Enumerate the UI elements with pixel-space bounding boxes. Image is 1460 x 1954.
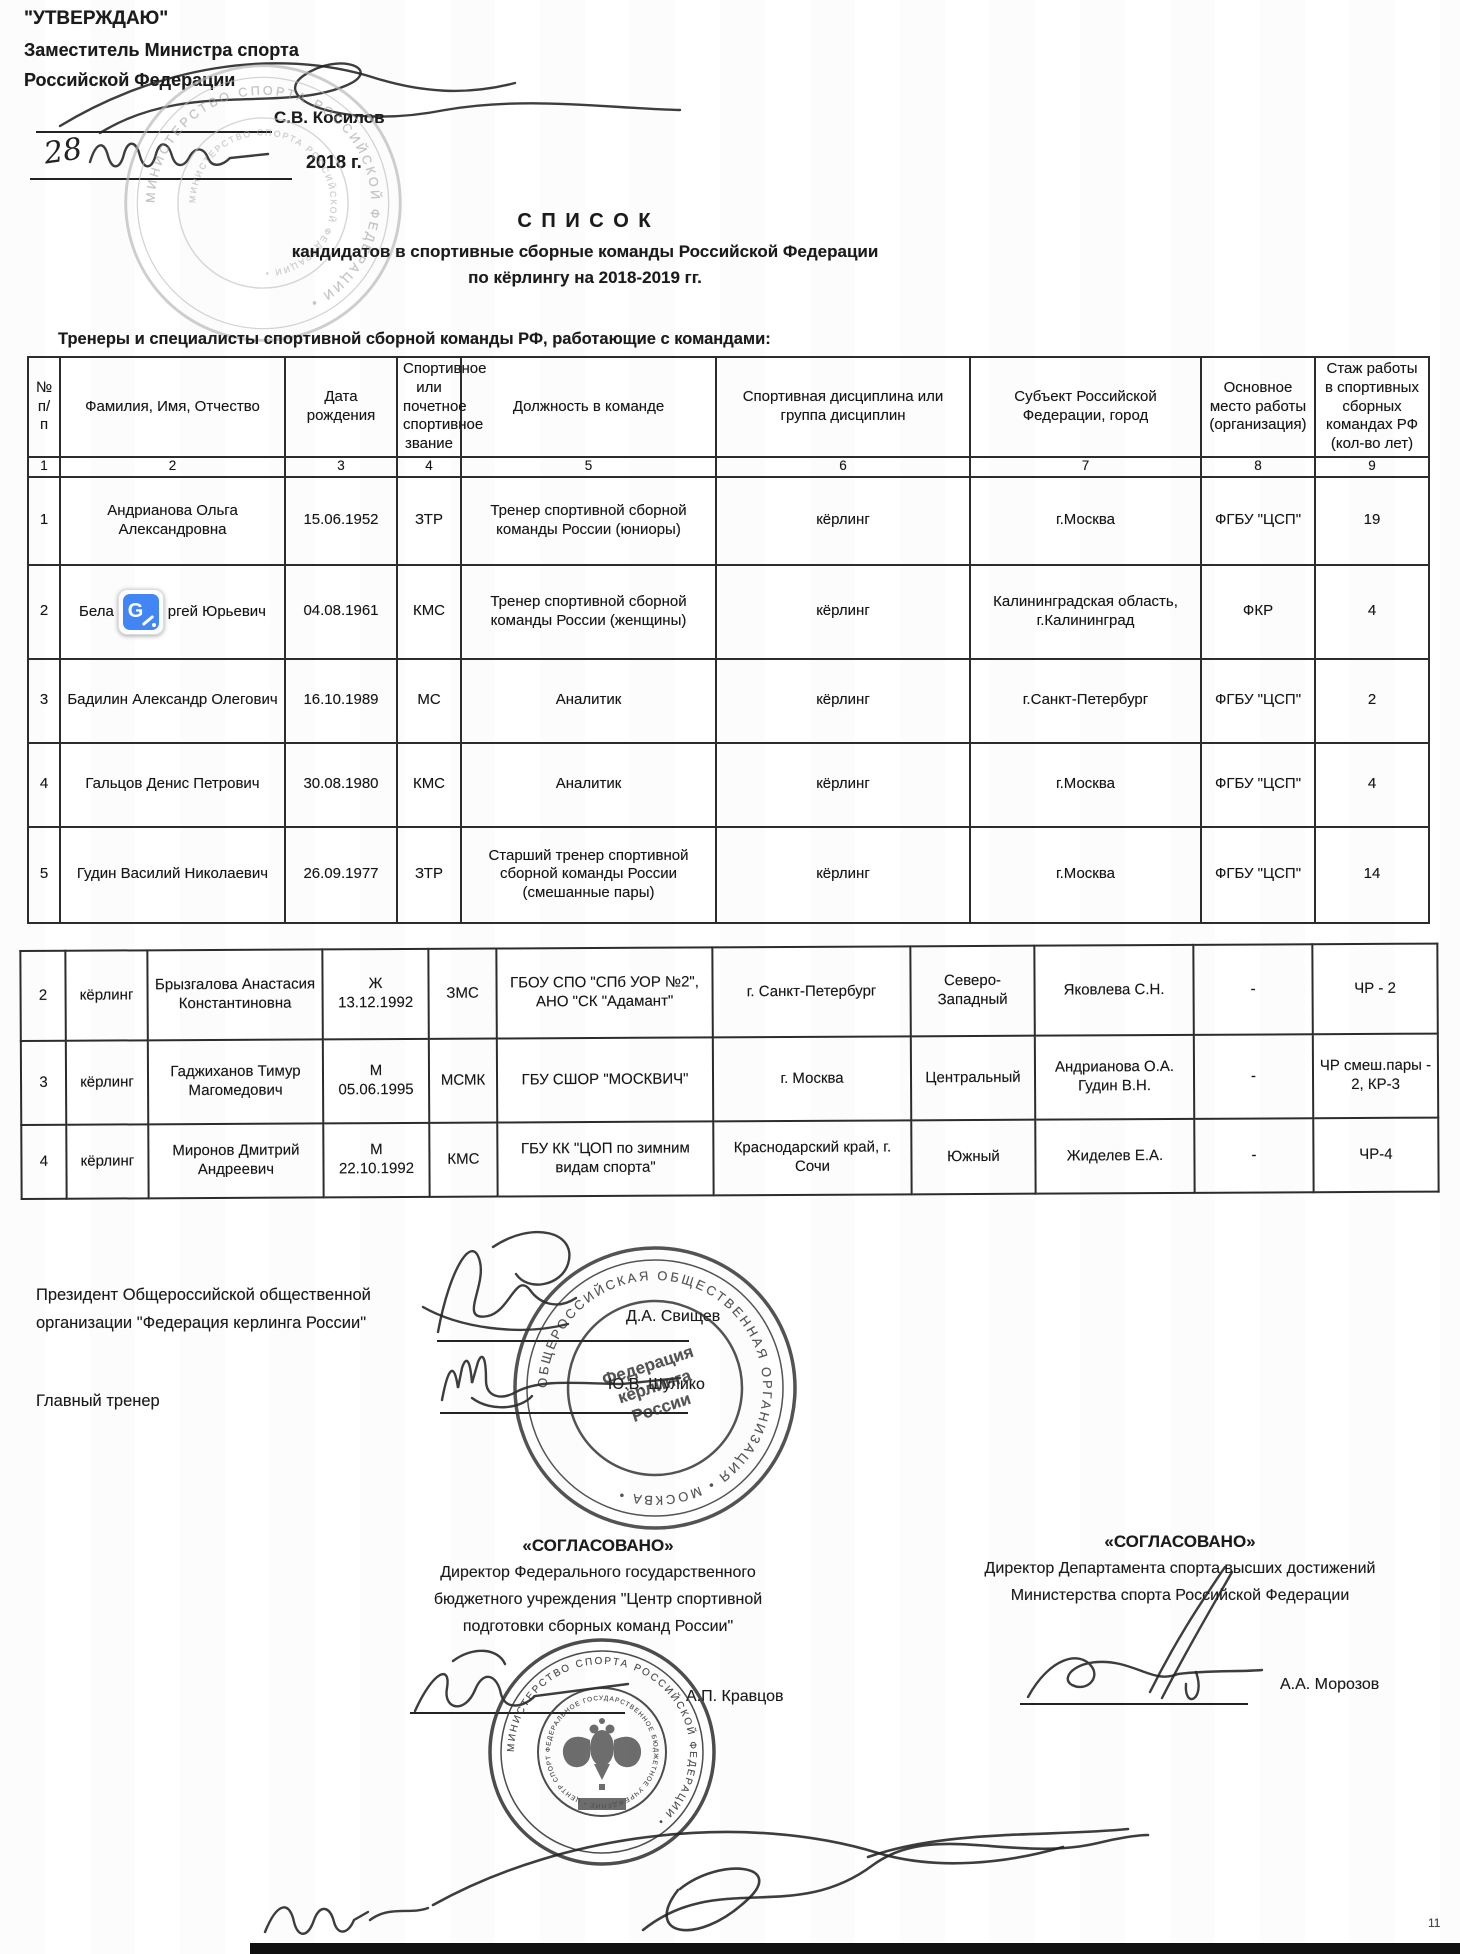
cell: Бадилин Александр Олегович <box>60 659 285 743</box>
agreed-left-line2: бюджетного учреждения "Центр спортивной <box>373 1586 823 1613</box>
cell: ЗТР <box>397 477 461 565</box>
cell: ФГБУ "ЦСП" <box>1201 827 1315 923</box>
athletes-table: 2 кёрлинг Брызгалова Анастасия Константи… <box>19 943 1439 1200</box>
birth-date: 05.06.1995 <box>329 1081 423 1100</box>
name-fragment: Бела <box>79 603 114 620</box>
cell: г. Москва <box>713 1036 911 1121</box>
cell: Андрианова Ольга Александровна <box>60 477 285 565</box>
cell: 4 <box>1315 565 1429 659</box>
cell: кёрлинг <box>65 950 147 1040</box>
cell: 16.10.1989 <box>285 659 397 743</box>
cell: кёрлинг <box>66 1040 148 1124</box>
cell: Андрианова О.А. Гудин В.Н. <box>1035 1035 1194 1120</box>
cell: КМС <box>429 1123 497 1197</box>
document-subtitle-1: кандидатов в спортивные сборные команды … <box>250 242 920 262</box>
cell: 15.06.1952 <box>285 477 397 565</box>
col-header: № п/п <box>28 357 60 457</box>
cell: Краснодарский край, г. Сочи <box>713 1120 911 1195</box>
cell: ФКР <box>1201 565 1315 659</box>
cell: 30.08.1980 <box>285 743 397 827</box>
coaches-table: № п/п Фамилия, Имя, Отчество Дата рожден… <box>27 356 1430 924</box>
cell: ФГБУ "ЦСП" <box>1201 477 1315 565</box>
cell: Гальцов Денис Петрович <box>60 743 285 827</box>
cell: Жиделев Е.А. <box>1035 1119 1194 1194</box>
signature-morozov <box>1000 1552 1300 1717</box>
cell: 5 <box>28 827 60 923</box>
col-header: Спортивное или почетное спортивное звани… <box>397 357 461 457</box>
scan-edge-bar <box>250 1943 1460 1954</box>
cell: ГБОУ СПО "СПб УОР №2", АНО "СК "Адамант" <box>496 947 712 1038</box>
col-header: Фамилия, Имя, Отчество <box>60 357 285 457</box>
cell: Южный <box>911 1120 1035 1195</box>
table-row: 5 Гудин Василий Николаевич 26.09.1977 ЗТ… <box>28 827 1429 923</box>
cell: КМС <box>397 565 461 659</box>
agreed-left-block: «СОГЛАСОВАНО» Директор Федерального госу… <box>373 1532 823 1640</box>
cell: г. Санкт-Петербург <box>712 946 910 1037</box>
cell: 2 <box>28 565 60 659</box>
agreed-right-heading: «СОГЛАСОВАНО» <box>935 1528 1425 1555</box>
cell: Яковлева С.Н. <box>1034 945 1193 1036</box>
document-subtitle-2: по кёрлингу на 2018-2019 гг. <box>250 268 920 288</box>
cell: - <box>1193 944 1312 1035</box>
cell: Гудин Василий Николаевич <box>60 827 285 923</box>
column-number-row: 1 2 3 4 5 6 7 8 9 <box>28 457 1429 477</box>
cell: кёрлинг <box>716 565 970 659</box>
agreed-left-line1: Директор Федерального государственного <box>373 1559 823 1586</box>
col-number: 2 <box>60 457 285 477</box>
gt-letter: G <box>128 598 144 624</box>
cell: 19 <box>1315 477 1429 565</box>
cell: 2 <box>20 951 65 1041</box>
cell: 3 <box>28 659 60 743</box>
google-translate-icon[interactable]: G <box>118 589 164 635</box>
approve-label: "УТВЕРЖДАЮ" <box>24 8 168 30</box>
col-number: 5 <box>461 457 716 477</box>
col-number: 6 <box>716 457 970 477</box>
col-header: Спортивная дисциплина или группа дисципл… <box>716 357 970 457</box>
cell: Ж13.12.1992 <box>322 949 428 1040</box>
cell: ЗМС <box>428 949 496 1039</box>
cell: кёрлинг <box>66 1124 148 1198</box>
cell: 1 <box>28 477 60 565</box>
document-title: С П И С О К <box>330 210 840 233</box>
cell: 2 <box>1315 659 1429 743</box>
col-number: 9 <box>1315 457 1429 477</box>
section-heading: Тренеры и специалисты спортивной сборной… <box>58 330 771 349</box>
cell: Миронов Дмитрий Андреевич <box>148 1123 323 1198</box>
cell: г.Москва <box>970 743 1201 827</box>
cell: ЧР-4 <box>1313 1118 1438 1193</box>
col-number: 4 <box>397 457 461 477</box>
cell: Аналитик <box>461 659 716 743</box>
president-title-line2: организации "Федерация керлинга России" <box>36 1314 366 1333</box>
cell: Тренер спортивной сборной команды России… <box>461 477 716 565</box>
cell: ЗТР <box>397 827 461 923</box>
cell: Старший тренер спортивной сборной команд… <box>461 827 716 923</box>
cell: Центральный <box>911 1036 1035 1121</box>
head-coach-label: Главный тренер <box>36 1392 160 1411</box>
cell: 4 <box>21 1125 66 1199</box>
cell: 14 <box>1315 827 1429 923</box>
president-title-line1: Президент Общероссийской общественной <box>36 1286 371 1305</box>
cell: кёрлинг <box>716 827 970 923</box>
cell: кёрлинг <box>716 743 970 827</box>
table-row: 2 БелаGргей Юрьевич 04.08.1961 КМС Трене… <box>28 565 1429 659</box>
table-row: 2 кёрлинг Брызгалова Анастасия Константи… <box>20 944 1437 1041</box>
cell: Аналитик <box>461 743 716 827</box>
cell: МС <box>397 659 461 743</box>
cell: Брызгалова Анастасия Константиновна <box>147 949 322 1040</box>
cell: ГБУ КК "ЦОП по зимним видам спорта" <box>497 1121 713 1196</box>
cell: МСМК <box>429 1039 497 1123</box>
cell: Северо-Западный <box>910 946 1034 1037</box>
cell: 26.09.1977 <box>285 827 397 923</box>
cell: 4 <box>1315 743 1429 827</box>
table-row: 3 кёрлинг Гаджиханов Тимур Магомедович М… <box>21 1034 1438 1125</box>
header-row: № п/п Фамилия, Имя, Отчество Дата рожден… <box>28 357 1429 457</box>
bottom-left-scribble <box>250 1860 480 1952</box>
agreed-left-heading: «СОГЛАСОВАНО» <box>373 1532 823 1559</box>
gt-dot <box>152 623 156 627</box>
cell: ФГБУ "ЦСП" <box>1201 743 1315 827</box>
name-fragment: ргей Юрьевич <box>168 603 266 620</box>
cell: 04.08.1961 <box>285 565 397 659</box>
col-header: Стаж работы в спортивных сборных команда… <box>1315 357 1429 457</box>
cell: г.Санкт-Петербург <box>970 659 1201 743</box>
cell: г.Москва <box>970 827 1201 923</box>
cell: 4 <box>28 743 60 827</box>
col-number: 8 <box>1201 457 1315 477</box>
cell: - <box>1194 1118 1313 1193</box>
cell: кёрлинг <box>716 477 970 565</box>
cell: БелаGргей Юрьевич <box>60 565 285 659</box>
col-header: Основное место работы (организация) <box>1201 357 1315 457</box>
cell: кёрлинг <box>716 659 970 743</box>
table-row: 3 Бадилин Александр Олегович 16.10.1989 … <box>28 659 1429 743</box>
cell: ГБУ СШОР "МОСКВИЧ" <box>497 1037 713 1122</box>
sex: М <box>329 1062 423 1081</box>
cell: М05.06.1995 <box>323 1039 429 1124</box>
sex: М <box>329 1141 423 1160</box>
cell: М22.10.1992 <box>323 1123 429 1198</box>
cell: ЧР - 2 <box>1312 944 1437 1035</box>
fkr-stamp: ОБЩЕРОССИЙСКАЯ ОБЩЕСТВЕННАЯ ОРГАНИЗАЦИЯ … <box>505 1238 805 1538</box>
cell: ЧР смеш.пары - 2, КР-3 <box>1313 1034 1438 1119</box>
cell: КМС <box>397 743 461 827</box>
table-row: 1 Андрианова Ольга Александровна 15.06.1… <box>28 477 1429 565</box>
faint-ministry-stamp: МИНИСТЕРСТВО СПОРТА РОССИЙСКОЙ ФЕДЕРАЦИИ… <box>118 58 408 348</box>
cell: Калининградская область, г.Калининград <box>970 565 1201 659</box>
cell: Гаджиханов Тимур Магомедович <box>148 1039 323 1124</box>
cell: 3 <box>21 1041 66 1125</box>
col-number: 1 <box>28 457 60 477</box>
birth-date: 22.10.1992 <box>329 1160 423 1179</box>
cell: - <box>1194 1034 1313 1119</box>
col-number: 3 <box>285 457 397 477</box>
cell: г.Москва <box>970 477 1201 565</box>
google-translate-badge: G <box>123 594 159 630</box>
page-number: 11 <box>1428 1916 1440 1930</box>
col-header: Должность в команде <box>461 357 716 457</box>
table-row: 4 Гальцов Денис Петрович 30.08.1980 КМС … <box>28 743 1429 827</box>
cell: ФГБУ "ЦСП" <box>1201 659 1315 743</box>
sex: Ж <box>328 975 422 994</box>
birth-date: 13.12.1992 <box>329 994 423 1013</box>
cell: Тренер спортивной сборной команды России… <box>461 565 716 659</box>
table-row: 4 кёрлинг Миронов Дмитрий Андреевич М22.… <box>21 1118 1438 1199</box>
col-header: Субъект Российской Федерации, город <box>970 357 1201 457</box>
col-number: 7 <box>970 457 1201 477</box>
scanned-document-page: "УТВЕРЖДАЮ" Заместитель Министра спорта … <box>0 0 1460 1954</box>
col-header: Дата рождения <box>285 357 397 457</box>
